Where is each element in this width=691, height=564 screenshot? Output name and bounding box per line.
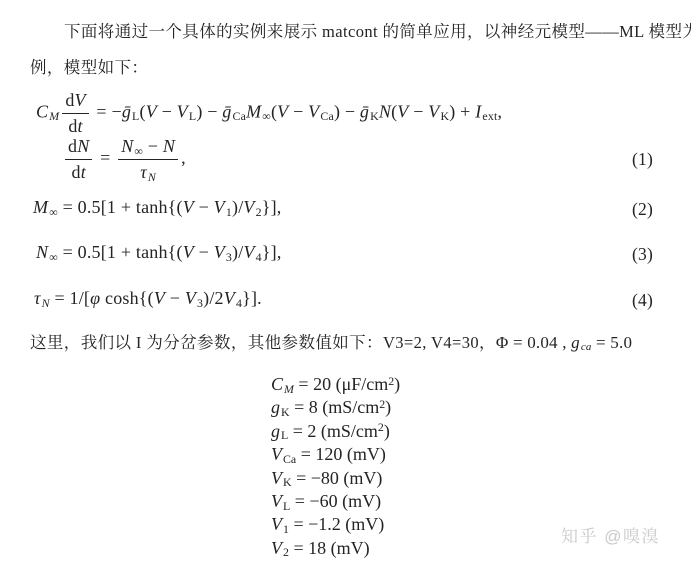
param-value: = −60 (mV) [290,491,381,511]
math-token: ) − [334,102,360,122]
math-sub: 3 [197,296,203,310]
math-sup: 2 [379,397,385,411]
math-token: V [214,242,225,262]
math-sub: K [283,475,292,489]
fraction-dv-dt: dVdt [62,90,88,137]
intro-line-2: 例，模型如下： [30,57,148,79]
math-token: V [214,197,225,217]
note-gca-value: = 5.0 [592,333,633,352]
math-sub: N [42,296,50,310]
math-token: V [271,468,282,488]
param-row-cm: CM = 20 (μF/cm2) [271,373,400,396]
math-sub: 1 [283,522,289,536]
math-sub: 4 [236,296,242,310]
math-token: , [498,102,503,122]
math-token: − [165,288,185,308]
math-token: V [271,514,282,534]
math-token: = 1/[ [50,288,90,308]
fraction-numerator: dN [65,136,92,160]
math-sub: K [370,109,379,123]
math-token: d [68,136,77,156]
math-token: ḡ [122,102,131,122]
param-value: ) [394,374,400,394]
param-value: = 2 (mS/cm [288,421,378,441]
math-sub: 4 [256,250,262,264]
math-token: V [271,444,282,464]
math-token: V [177,102,188,122]
param-row-vca: VCa = 120 (mV) [271,443,400,466]
math-sub: L [281,428,288,442]
param-row-gk: gK = 8 (mS/cm2) [271,396,400,419]
equation-3-number: (3) [632,244,653,265]
equation-1-line-1: CMdVdt = −ḡL(V − VL) − ḡCaM∞(V − VCa) − … [36,90,502,137]
fraction-numerator: N∞ − N [118,136,178,160]
math-token: = [95,148,115,168]
math-token: C [271,374,283,394]
math-token: τ [140,162,147,182]
math-token: )/ [232,197,243,217]
math-token: , [181,148,186,168]
math-token: V [308,102,319,122]
math-sub: Ca [320,109,334,123]
fraction-denominator: τN [118,160,178,183]
fraction-denominator: dt [65,160,92,183]
math-sub: M [49,109,59,123]
math-sub: M [284,382,294,396]
math-sup: 2 [378,420,384,434]
math-token: g [271,397,280,417]
math-token: }], [262,242,282,262]
math-token: − [194,197,214,217]
math-token: N [121,136,133,156]
math-sub: 2 [283,545,289,559]
math-sub: ∞ [49,205,58,219]
math-token: − [194,242,214,262]
param-value: = −1.2 (mV) [289,514,384,534]
math-token: g [271,421,280,441]
math-token: V [277,102,288,122]
math-token: V [75,90,86,110]
math-sub: K [440,109,449,123]
math-token: = 0.5[1 + tanh{( [58,242,183,262]
math-token: t [81,162,86,182]
math-token: g [571,333,580,352]
math-token: − [143,136,163,156]
math-token: ḡ [360,102,369,122]
math-token: M [33,197,48,217]
equation-2: M∞ = 0.5[1 + tanh{(V − V1)/V2}], [33,197,282,218]
equation-4-number: (4) [632,290,653,311]
math-token: V [243,197,254,217]
math-sub: L [132,109,139,123]
fraction-dn-dt: dNdt [65,136,92,183]
param-value: = 18 (mV) [289,538,370,558]
math-sub: K [281,405,290,419]
param-row-vk: VK = −80 (mV) [271,467,400,490]
math-token: V [271,491,282,511]
math-sub: Ca [233,109,247,123]
note-phi-value: Φ = 0.04 , [496,333,571,352]
math-token: d [65,90,74,110]
math-token: N [77,136,89,156]
math-token: t [78,116,83,136]
math-token: V [183,242,194,262]
param-value: = 20 (μF/cm [294,374,388,394]
math-token: = 0.5[1 + tanh{( [58,197,183,217]
document-page: 下面将通过一个具体的实例来展示 matcont 的简单应用，以神经元模型——ML… [0,0,691,564]
param-value: = 8 (mS/cm [290,397,380,417]
math-sub: N [148,170,156,184]
math-token: }], [262,197,282,217]
math-token: V [243,242,254,262]
equation-1-number: (1) [632,149,653,170]
math-token: φ [90,288,100,308]
math-token: )/2 [203,288,224,308]
param-row-gl: gL = 2 (mS/cm2) [271,420,400,443]
equation-1-line-2: dNdt = N∞ − NτN, [62,136,186,183]
math-sub: ∞ [49,250,58,264]
param-row-v1: V1 = −1.2 (mV) [271,513,400,536]
math-token: V [271,538,282,558]
math-token: τ [34,288,41,308]
math-token: I [475,102,481,122]
math-token: V [185,288,196,308]
math-token: ḡ [222,102,231,122]
math-token: − [157,102,177,122]
math-token: N [379,102,391,122]
param-row-vl: VL = −60 (mV) [271,490,400,513]
math-sub: L [189,109,196,123]
fraction-ninf: N∞ − NτN [118,136,178,183]
math-token: M [246,102,261,122]
math-token: − [288,102,308,122]
parameter-note: 这里，我们以 I 为分岔参数，其他参数值如下：V3=2, V4=30，Φ = 0… [30,332,632,354]
math-token: N [36,242,48,262]
math-token: d [72,162,81,182]
math-token: V [183,197,194,217]
param-value: = 120 (mV) [296,444,386,464]
note-chinese-text: 这里，我们以 I 为分岔参数，其他参数值如下：V3=2, V4=30， [30,333,496,352]
math-sub: ext [482,109,497,123]
math-token: V [146,102,157,122]
equation-3: N∞ = 0.5[1 + tanh{(V − V3)/V4}], [36,242,282,263]
math-sub: L [283,499,290,513]
math-sup: 2 [388,374,394,388]
math-token: N [163,136,175,156]
math-sub: ∞ [134,144,143,158]
math-sub: 1 [226,205,232,219]
param-value: ) [384,421,390,441]
equation-2-number: (2) [632,199,653,220]
fraction-denominator: dt [62,114,88,137]
math-token: d [68,116,77,136]
math-sub: 2 [256,205,262,219]
math-token: ) − [196,102,222,122]
intro-line-1: 下面将通过一个具体的实例来展示 matcont 的简单应用，以神经元模型——ML… [30,21,691,43]
zhihu-watermark: 知乎 @嗅溴 [561,522,660,547]
math-token: }]. [242,288,262,308]
parameter-list: CM = 20 (μF/cm2) gK = 8 (mS/cm2) gL = 2 … [271,373,400,560]
math-token: − [409,102,429,122]
math-sub: ca [581,341,592,353]
equation-4: τN = 1/[φ cosh{(V − V3)/2V4}]. [34,288,262,309]
math-token: C [36,102,48,122]
math-sub: ∞ [262,109,271,123]
fraction-numerator: dV [62,90,88,114]
math-token: V [397,102,408,122]
math-sub: 3 [226,250,232,264]
math-token: ) + [449,102,475,122]
math-token: V [428,102,439,122]
math-token: = − [92,102,122,122]
param-row-v2: V2 = 18 (mV) [271,537,400,560]
param-value: ) [385,397,391,417]
math-token: cosh{( [100,288,154,308]
math-sub: Ca [283,452,296,466]
math-token: V [154,288,165,308]
param-value: = −80 (mV) [292,468,383,488]
math-token: )/ [232,242,243,262]
math-token: V [224,288,235,308]
